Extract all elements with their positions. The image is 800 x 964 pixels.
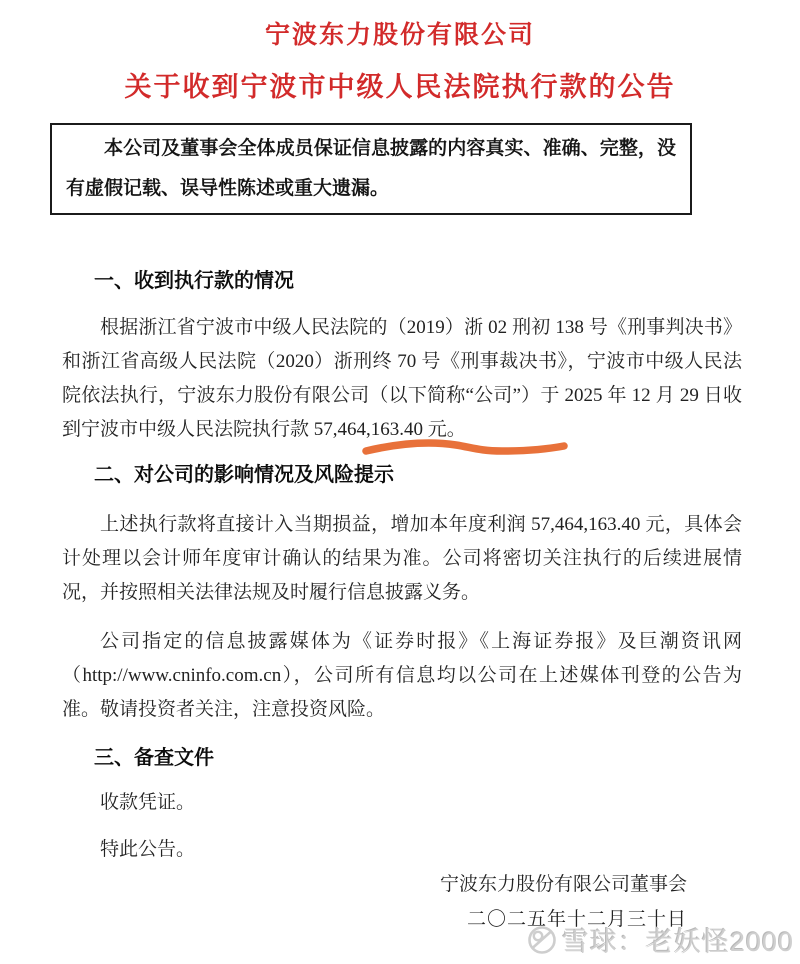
document-list-item: 收款凭证。 — [62, 786, 742, 820]
xueqiu-logo-icon — [526, 924, 558, 956]
announcement-document: 宁波东力股份有限公司 关于收到宁波市中级人民法院执行款的公告 本公司及董事会全体… — [0, 0, 800, 964]
section-2-paragraph-1: 上述执行款将直接计入当期损益，增加本年度利润 57,464,163.40 元，具… — [62, 508, 742, 610]
section-3-heading: 三、备查文件 — [62, 747, 742, 769]
closing-statement: 特此公告。 — [62, 833, 742, 867]
doc-title-line2: 关于收到宁波市中级人民法院执行款的公告 — [0, 70, 800, 104]
watermark-text: 雪球：老妖怪2000 — [562, 920, 794, 959]
disclaimer-box: 本公司及董事会全体成员保证信息披露的内容真实、准确、完整，没有虚假记载、误导性陈… — [50, 123, 692, 215]
doc-title-line1: 宁波东力股份有限公司 — [0, 0, 800, 50]
section-2-heading: 二、对公司的影响情况及风险提示 — [62, 464, 742, 486]
document-body: 一、收到执行款的情况 根据浙江省宁波市中级人民法院的（2019）浙 02 刑初 … — [62, 270, 742, 937]
disclaimer-text: 本公司及董事会全体成员保证信息披露的内容真实、准确、完整，没有虚假记载、误导性陈… — [66, 129, 676, 209]
watermark: 雪球：老妖怪2000 — [526, 920, 794, 959]
section-1-heading: 一、收到执行款的情况 — [62, 270, 742, 292]
section-2-paragraph-2: 公司指定的信息披露媒体为《证券时报》《上海证券报》及巨潮资讯网（http://w… — [62, 625, 742, 727]
signature-line: 宁波东力股份有限公司董事会 — [62, 868, 742, 902]
section-1-paragraph: 根据浙江省宁波市中级人民法院的（2019）浙 02 刑初 138 号《刑事判决书… — [62, 311, 742, 447]
